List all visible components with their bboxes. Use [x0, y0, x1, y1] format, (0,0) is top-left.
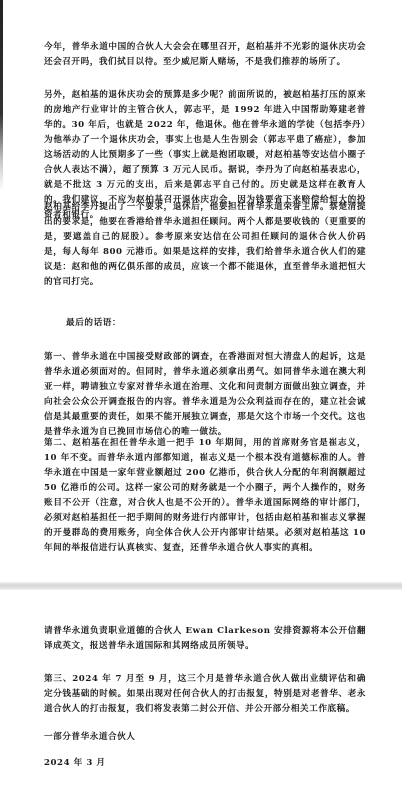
- signature: 一部分普华永道合伙人: [44, 730, 366, 745]
- paragraph-translation-request: 请普华永道负责职业道德的合伙人 Ewan Clarkeson 安排资源将本公开信…: [44, 624, 366, 654]
- page-separator: [0, 582, 402, 590]
- document-page-1: 今年，普华永道中国的合伙人大会会在哪里召开，赵柏基并不光彩的退休庆功会还会召开吗…: [0, 0, 402, 582]
- paragraph-retirement-demands: 赵柏基给李丹提出了一个要求，退休后，他要担任普华永道荣誉主席。蔡楚清提出的要求是…: [44, 200, 366, 290]
- point-two: 第二、赵柏基在担任普华永道一把手 10 年期间，用的首席财务官是崔志义，10 年…: [44, 436, 366, 556]
- page-edge-shadow: [0, 0, 3, 190]
- closing-heading: 最后的话语：: [66, 316, 121, 328]
- point-three: 第三、2024 年 7 月至 9 月，这三个月是普华永道合伙人做出业绩评估和确定…: [44, 672, 366, 717]
- document-page-2: 请普华永道负责职业道德的合伙人 Ewan Clarkeson 安排资源将本公开信…: [0, 590, 402, 800]
- point-one: 第一、普华永道在中国接受财政部的调查，在香港面对恒大清盘人的起诉，这是普华永道必…: [44, 350, 366, 440]
- paragraph-celebration-venue: 今年，普华永道中国的合伙人大会会在哪里召开，赵柏基并不光彩的退休庆功会还会召开吗…: [44, 40, 366, 70]
- signature-date: 2024 年 3 月: [44, 756, 366, 771]
